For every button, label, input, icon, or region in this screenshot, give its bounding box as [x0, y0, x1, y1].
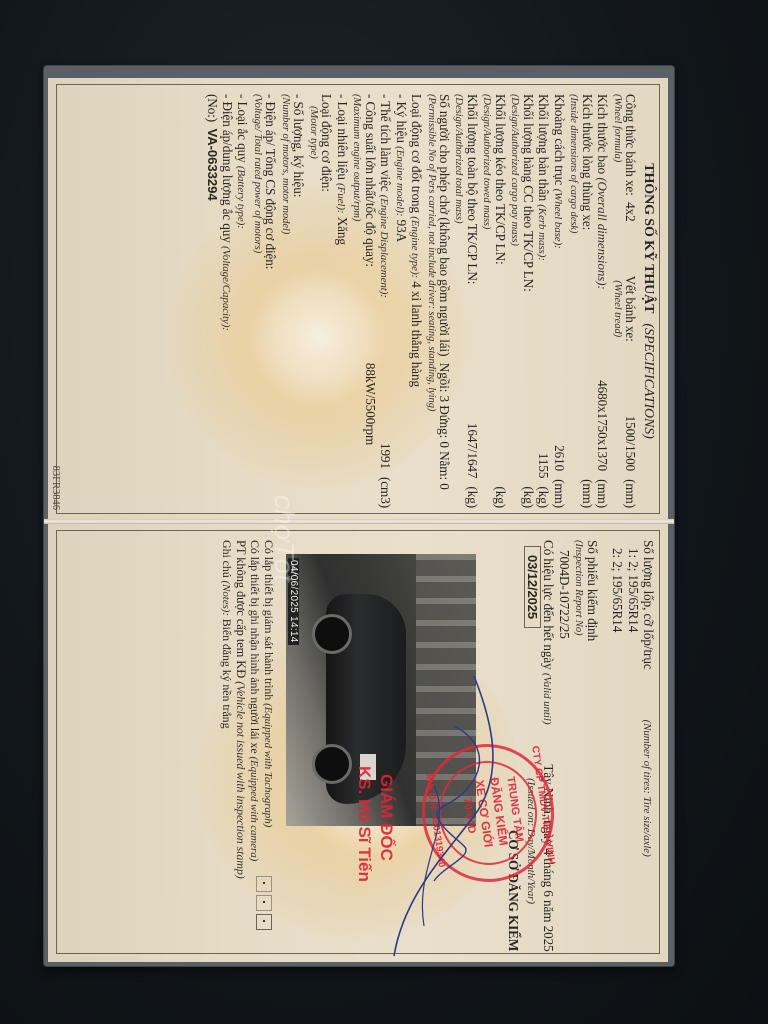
car-wheel — [312, 614, 352, 654]
certificate-number: VA-0633294 — [205, 128, 220, 200]
tires-row: Số lượng lốp, cỡ lốp/trục(Number of tire… — [641, 540, 656, 948]
car-wheel — [312, 744, 352, 784]
total-mass-en: (Design/Authorized total mass) — [452, 94, 465, 508]
site-watermark: chợTốt — [268, 495, 300, 582]
motor-power-row: - Điện áp/ Tổng CS động cơ điện: — [263, 94, 278, 508]
motor-power-en: (Voltage/ Total rated power of motors) — [250, 94, 263, 508]
checkbox — [256, 876, 272, 892]
total-mass-row: Khối lượng toàn bộ theo TK/CP LN:1647/16… — [465, 94, 480, 508]
cargo-mass-en: (Design/Authorized cargo pay mass) — [508, 94, 521, 508]
checkbox — [256, 895, 272, 911]
engine-type-row: Loại động cơ đốt trong (Engine type): 4 … — [409, 94, 424, 508]
motor-count-row: - Số lượng, ký hiệu: — [291, 94, 306, 508]
fuel-row: - Loại nhiên liệu (Fuel): Xăng — [334, 94, 349, 508]
valid-until-row: Có hiệu lực đến hết ngày (Valid until) T… — [541, 540, 556, 948]
overall-dimensions-row: Kích thước bao (Overall dimensions): 468… — [595, 94, 610, 508]
cargo-dimensions-row: Kích thước lòng thùng xe:(mm) — [579, 94, 594, 508]
specifications-page: THÔNG SỐ KỸ THUẬT(SPECIFICATIONS) Công t… — [52, 80, 664, 518]
engine-model-row: - Ký hiệu (Engine model): 93A — [393, 94, 408, 508]
cargo-dimensions-en: (Inside dimensions of cargo desk) — [567, 94, 580, 508]
page-fold — [44, 519, 674, 524]
signature — [384, 666, 514, 966]
signatory-title: GIÁM ĐỐC — [376, 774, 396, 861]
cargo-mass-row: Khối lượng hàng CC theo TK/CP LN:(kg) — [520, 94, 535, 508]
battery-capacity-row: - Điện áp/dung lượng ắc quy (Voltage/Cap… — [220, 94, 235, 508]
serial-code: 83FR3846 — [50, 466, 61, 510]
max-output-row: - Công suất lớn nhất/tốc độ quay:88kW/55… — [362, 94, 377, 508]
specs-title: THÔNG SỐ KỸ THUẬT(SPECIFICATIONS) — [638, 94, 656, 508]
kerb-mass-row: Khối lượng bản thân (Kerb mass): 1155(kg… — [536, 94, 551, 508]
report-number: 7004D-10722/25 — [556, 540, 571, 948]
motor-count-en: (Number of motors, motor model) — [278, 94, 291, 508]
valid-until-date: 03/12/2025 — [524, 546, 541, 628]
battery-type-row: - Loại ắc quy (Battery type): — [235, 94, 250, 508]
report-row: Số phiếu kiểm định — [584, 540, 599, 948]
signatory-name: KS. Hồ Sĩ Tiến — [354, 766, 374, 882]
certificate-number-row: (No:) VA-0633294 — [204, 94, 219, 508]
max-output-en: (Maximum engine output/rpm) — [350, 94, 363, 508]
towed-mass-row: Khối lượng kéo theo TK/CP LN:(kg) — [492, 94, 507, 508]
persons-row: Số người cho phép chở (không bao gồm ngư… — [437, 94, 452, 508]
tire-axle-1: 1: 2; 195/65R14 — [625, 540, 640, 948]
wheel-base-row: Khoảng cách trục (Wheel base): 2610(mm) — [551, 94, 566, 508]
tire-axle-2: 2: 2; 195/65R14 — [610, 540, 625, 948]
checkbox-group — [256, 876, 272, 930]
motor-type-en: (Motor type) — [306, 94, 319, 508]
wheel-formula-en-row: (Wheel formula)(Wheel tread) — [610, 94, 623, 508]
inspection-page: Số lượng lốp, cỡ lốp/trục(Number of tire… — [52, 526, 664, 958]
persons-en: (Permissible No of Pers carried, not inc… — [424, 94, 437, 508]
wheel-formula-row: Công thức bánh xe: 4x2 Vết bánh xe: 1500… — [623, 94, 638, 508]
towed-mass-en: (Design/Authorized towed mass) — [480, 94, 493, 508]
displacement-row: - Thể tích làm việc (Engine Displacement… — [378, 94, 393, 508]
report-en: (Inspection Report No) — [572, 540, 585, 948]
note-general: Ghi chú (Notes): Biển đăng ký nền trắng — [220, 540, 234, 948]
motor-type-row: Loại động cơ điện: — [319, 94, 334, 508]
checkbox — [256, 914, 272, 930]
note-stamp: PT không được cấp tem KĐ (Vehicle not is… — [234, 540, 248, 948]
